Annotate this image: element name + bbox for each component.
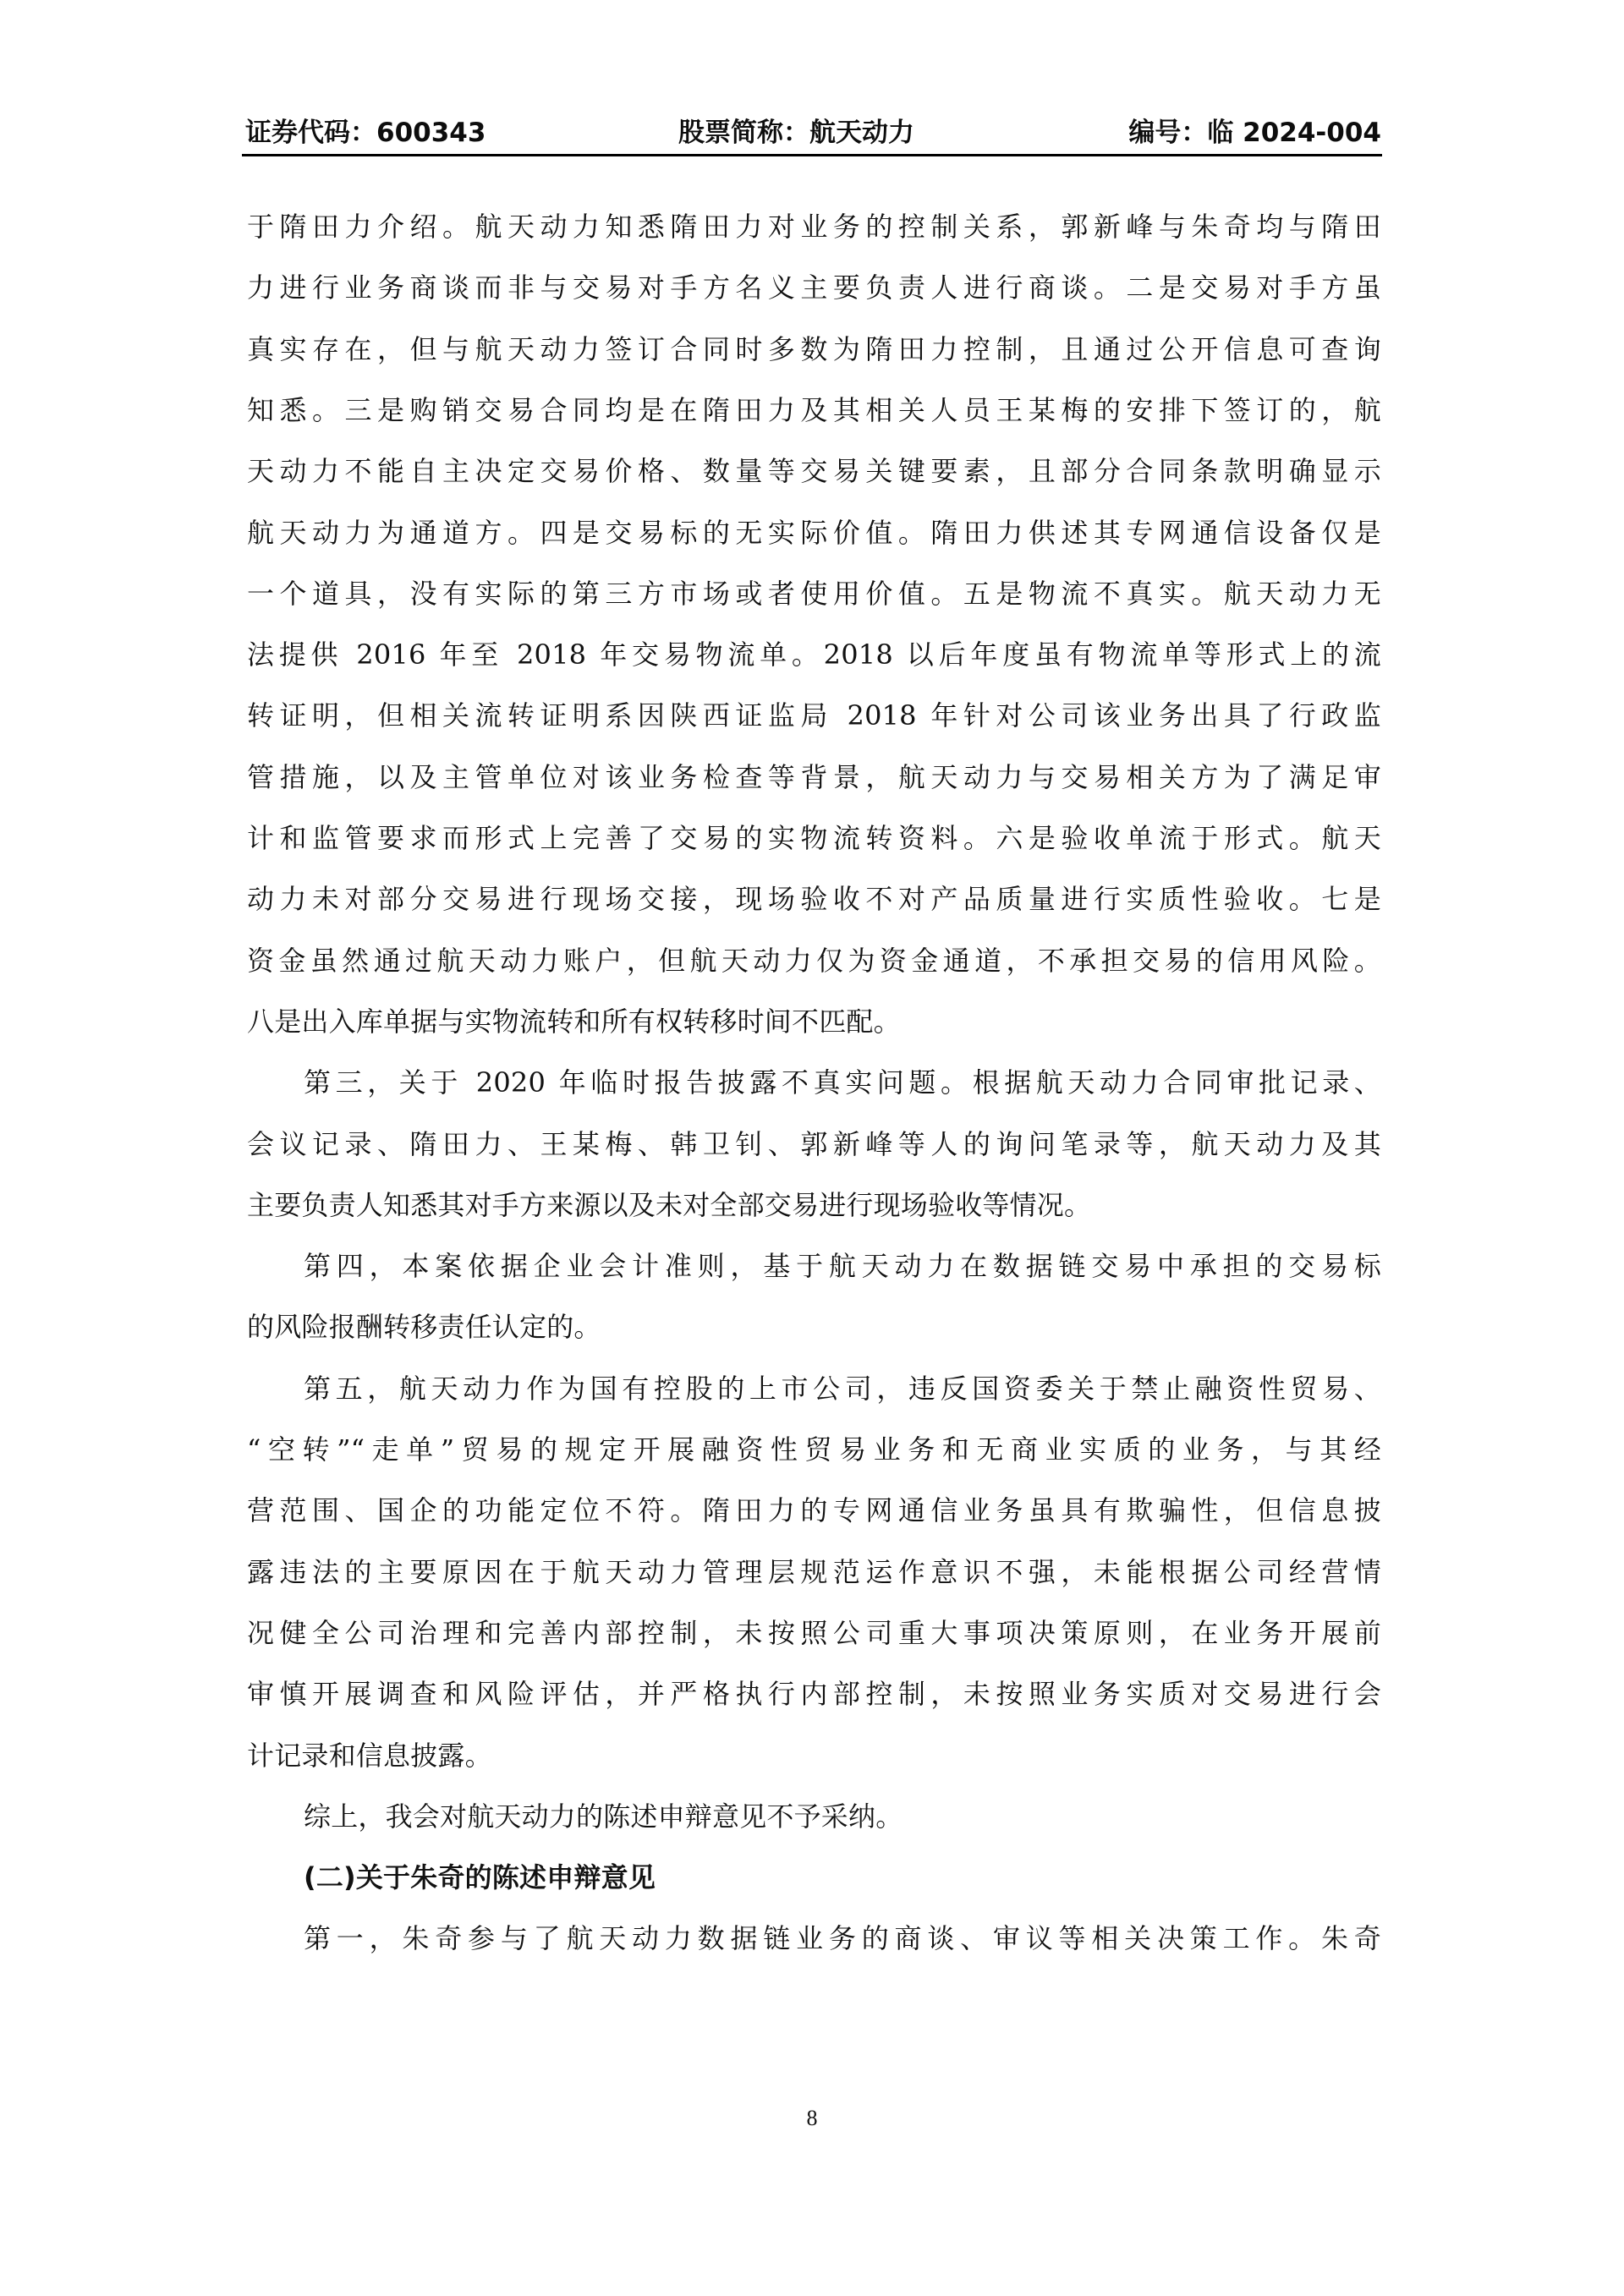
header-rule bbox=[242, 154, 1382, 156]
text-line: 法提供 2016 年至 2018 年交易物流单。2018 以后年度虽有物流单等形… bbox=[247, 629, 1381, 680]
text-line: 转证明，但相关流转证明系因陕西证监局 2018 年针对公司该业务出具了行政监 bbox=[247, 690, 1381, 741]
text-line: 航天动力为通道方。四是交易标的无实际价值。隋田力供述其专网通信设备仅是 bbox=[247, 507, 1381, 558]
text-line: 一个道具，没有实际的第三方市场或者使用价值。五是物流不真实。航天动力无 bbox=[247, 568, 1381, 619]
text-line: 主要负责人知悉其对手方来源以及未对全部交易进行现场验收等情况。 bbox=[247, 1180, 1381, 1230]
text-line: 的风险报酬转移责任认定的。 bbox=[247, 1301, 1381, 1352]
page-number: 8 bbox=[0, 2106, 1624, 2131]
text-line: 天动力不能自主决定交易价格、数量等交易关键要素，且部分合同条款明确显示 bbox=[247, 446, 1381, 496]
text-line: 第三，关于 2020 年临时报告披露不真实问题。根据航天动力合同审批记录、 bbox=[304, 1057, 1381, 1108]
text-line: 八是出入库单据与实物流转和所有权转移时间不匹配。 bbox=[247, 996, 1381, 1047]
text-line: 于隋田力介绍。航天动力知悉隋田力对业务的控制关系，郭新峰与朱奇均与隋田 bbox=[247, 201, 1381, 252]
text-line: 动力未对部分交易进行现场交接，现场验收不对产品质量进行实质性验收。七是 bbox=[247, 874, 1381, 924]
text-line: 第一，朱奇参与了航天动力数据链业务的商谈、审议等相关决策工作。朱奇 bbox=[304, 1913, 1381, 1964]
security-code: 证券代码：600343 bbox=[245, 113, 486, 152]
text-line: 露违法的主要原因在于航天动力管理层规范运作意识不强，未能根据公司经营情 bbox=[247, 1547, 1381, 1597]
announcement-number: 编号：临 2024-004 bbox=[1128, 113, 1381, 152]
text-line: 管措施，以及主管单位对该业务检查等背景，航天动力与交易相关方为了满足审 bbox=[247, 752, 1381, 803]
text-line: 计和监管要求而形式上完善了交易的实物流转资料。六是验收单流于形式。航天 bbox=[247, 813, 1381, 863]
text-line: 营范围、国企的功能定位不符。隋田力的专网通信业务虽具有欺骗性，但信息披 bbox=[247, 1485, 1381, 1536]
document-page: 证券代码：600343 股票简称：航天动力 编号：临 2024-004 于隋田力… bbox=[0, 0, 1624, 2296]
text-line: 审慎开展调查和风险评估，并严格执行内部控制，未按照业务实质对交易进行会 bbox=[247, 1669, 1381, 1719]
page-header: 证券代码：600343 股票简称：航天动力 编号：临 2024-004 bbox=[245, 113, 1381, 152]
text-line: 力进行业务商谈而非与交易对手方名义主要负责人进行商谈。二是交易对手方虽 bbox=[247, 262, 1381, 313]
text-line: 计记录和信息披露。 bbox=[247, 1730, 1381, 1781]
text-line: 第五，航天动力作为国有控股的上市公司，违反国资委关于禁止融资性贸易、 bbox=[304, 1363, 1381, 1414]
text-line: 知悉。三是购销交易合同均是在隋田力及其相关人员王某梅的安排下签订的，航 bbox=[247, 385, 1381, 436]
text-line: 真实存在，但与航天动力签订合同时多数为隋田力控制，且通过公开信息可查询 bbox=[247, 324, 1381, 375]
text-line: 会议记录、隋田力、王某梅、韩卫钊、郭新峰等人的询问笔录等，航天动力及其 bbox=[247, 1119, 1381, 1170]
text-line: 综上，我会对航天动力的陈述申辩意见不予采纳。 bbox=[304, 1791, 1381, 1842]
text-line: 资金虽然通过航天动力账户，但航天动力仅为资金通道，不承担交易的信用风险。 bbox=[247, 935, 1381, 986]
text-line: 况健全公司治理和完善内部控制，未按照公司重大事项决策原则，在业务开展前 bbox=[247, 1608, 1381, 1658]
text-line: “空转”“走单”贸易的规定开展融资性贸易业务和无商业实质的业务，与其经 bbox=[247, 1424, 1381, 1475]
section-heading: (二)关于朱奇的陈述申辩意见 bbox=[304, 1852, 1381, 1903]
text-line: 第四，本案依据企业会计准则，基于航天动力在数据链交易中承担的交易标 bbox=[304, 1241, 1381, 1291]
stock-abbreviation: 股票简称：航天动力 bbox=[678, 113, 914, 152]
